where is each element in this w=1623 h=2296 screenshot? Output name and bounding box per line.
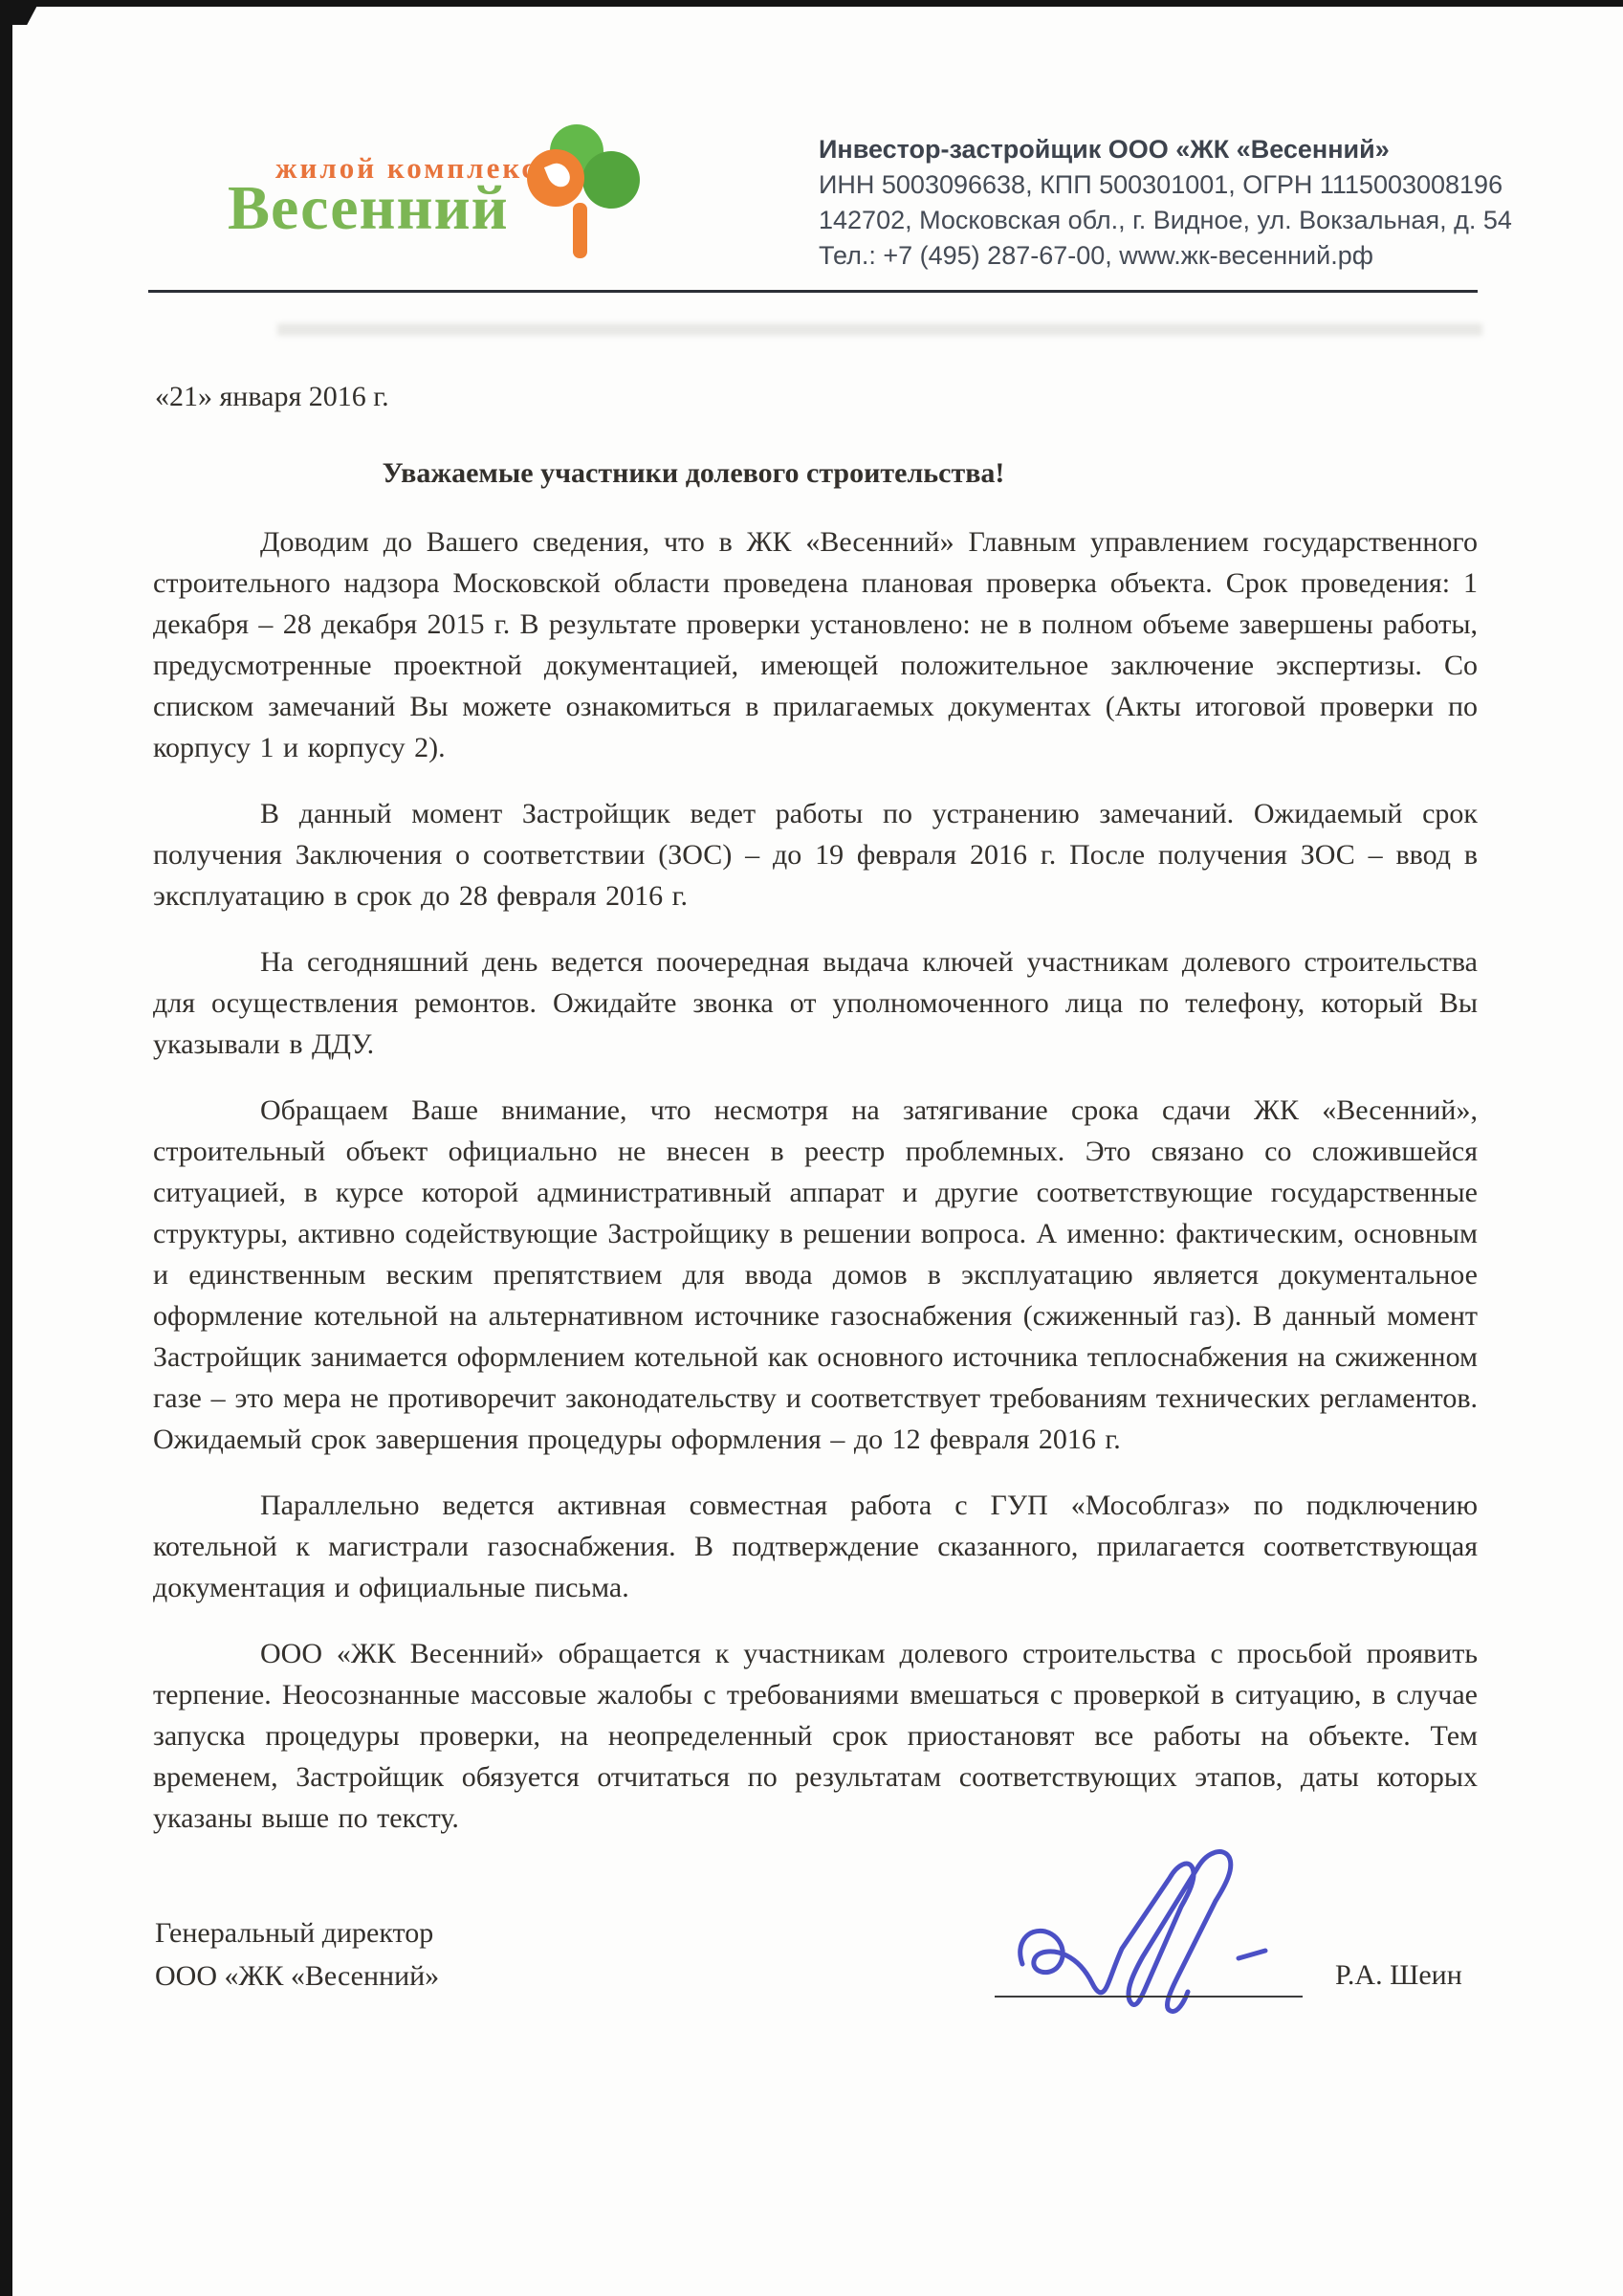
company-inn-line: ИНН 5003096638, КПП 500301001, ОГРН 1115… xyxy=(819,167,1512,203)
signatory-title-line2: ООО «ЖК «Весенний» xyxy=(155,1954,439,1998)
tree-trunk-shape xyxy=(573,203,587,258)
scan-artifact-band xyxy=(277,323,1482,336)
company-address-line: 142702, Московская обл., г. Видное, ул. … xyxy=(819,203,1512,238)
signatory-name: Р.А. Шеин xyxy=(1335,1959,1462,1992)
company-name-line: Инвестор-застройщик ООО «ЖК «Весенний» xyxy=(819,132,1512,167)
scan-edge-top xyxy=(0,0,1623,7)
signatory-title: Генеральный директор ООО «ЖК «Весенний» xyxy=(155,1911,439,1998)
company-logo: жилой комплекс Весенний xyxy=(228,122,629,261)
letter-date: «21» января 2016 г. xyxy=(155,381,389,413)
company-phone-line: Тел.: +7 (495) 287-67-00, www.жк-весенни… xyxy=(819,238,1512,274)
tree-icon xyxy=(519,122,644,261)
letter-heading: Уважаемые участники долевого строительст… xyxy=(153,457,1234,490)
scan-edge-corner xyxy=(0,0,40,25)
tree-leaf-shape xyxy=(544,160,573,190)
letter-paragraph: Параллельно ведется активная совместная … xyxy=(153,1485,1478,1608)
company-details: Инвестор-застройщик ООО «ЖК «Весенний» И… xyxy=(819,132,1512,274)
letter-paragraph: На сегодняшний день ведется поочередная … xyxy=(153,941,1478,1065)
signature-line xyxy=(995,1967,1303,1998)
letter-paragraph: ООО «ЖК Весенний» обращается к участника… xyxy=(153,1633,1478,1839)
letter-body: Доводим до Вашего сведения, что в ЖК «Ве… xyxy=(153,521,1478,1864)
logo-title: Весенний xyxy=(228,172,509,245)
header-divider xyxy=(148,290,1478,293)
scanned-letter-page: жилой комплекс Весенний Инвестор-застрой… xyxy=(0,0,1623,2296)
letter-paragraph: В данный момент Застройщик ведет работы … xyxy=(153,793,1478,916)
scan-edge-left xyxy=(0,0,12,2296)
signatory-title-line1: Генеральный директор xyxy=(155,1911,439,1954)
tree-crown-right-shape xyxy=(582,151,640,209)
tree-crown-orange-shape xyxy=(527,149,584,207)
letter-paragraph: Обращаем Ваше внимание, что несмотря на … xyxy=(153,1090,1478,1460)
letter-paragraph: Доводим до Вашего сведения, что в ЖК «Ве… xyxy=(153,521,1478,768)
